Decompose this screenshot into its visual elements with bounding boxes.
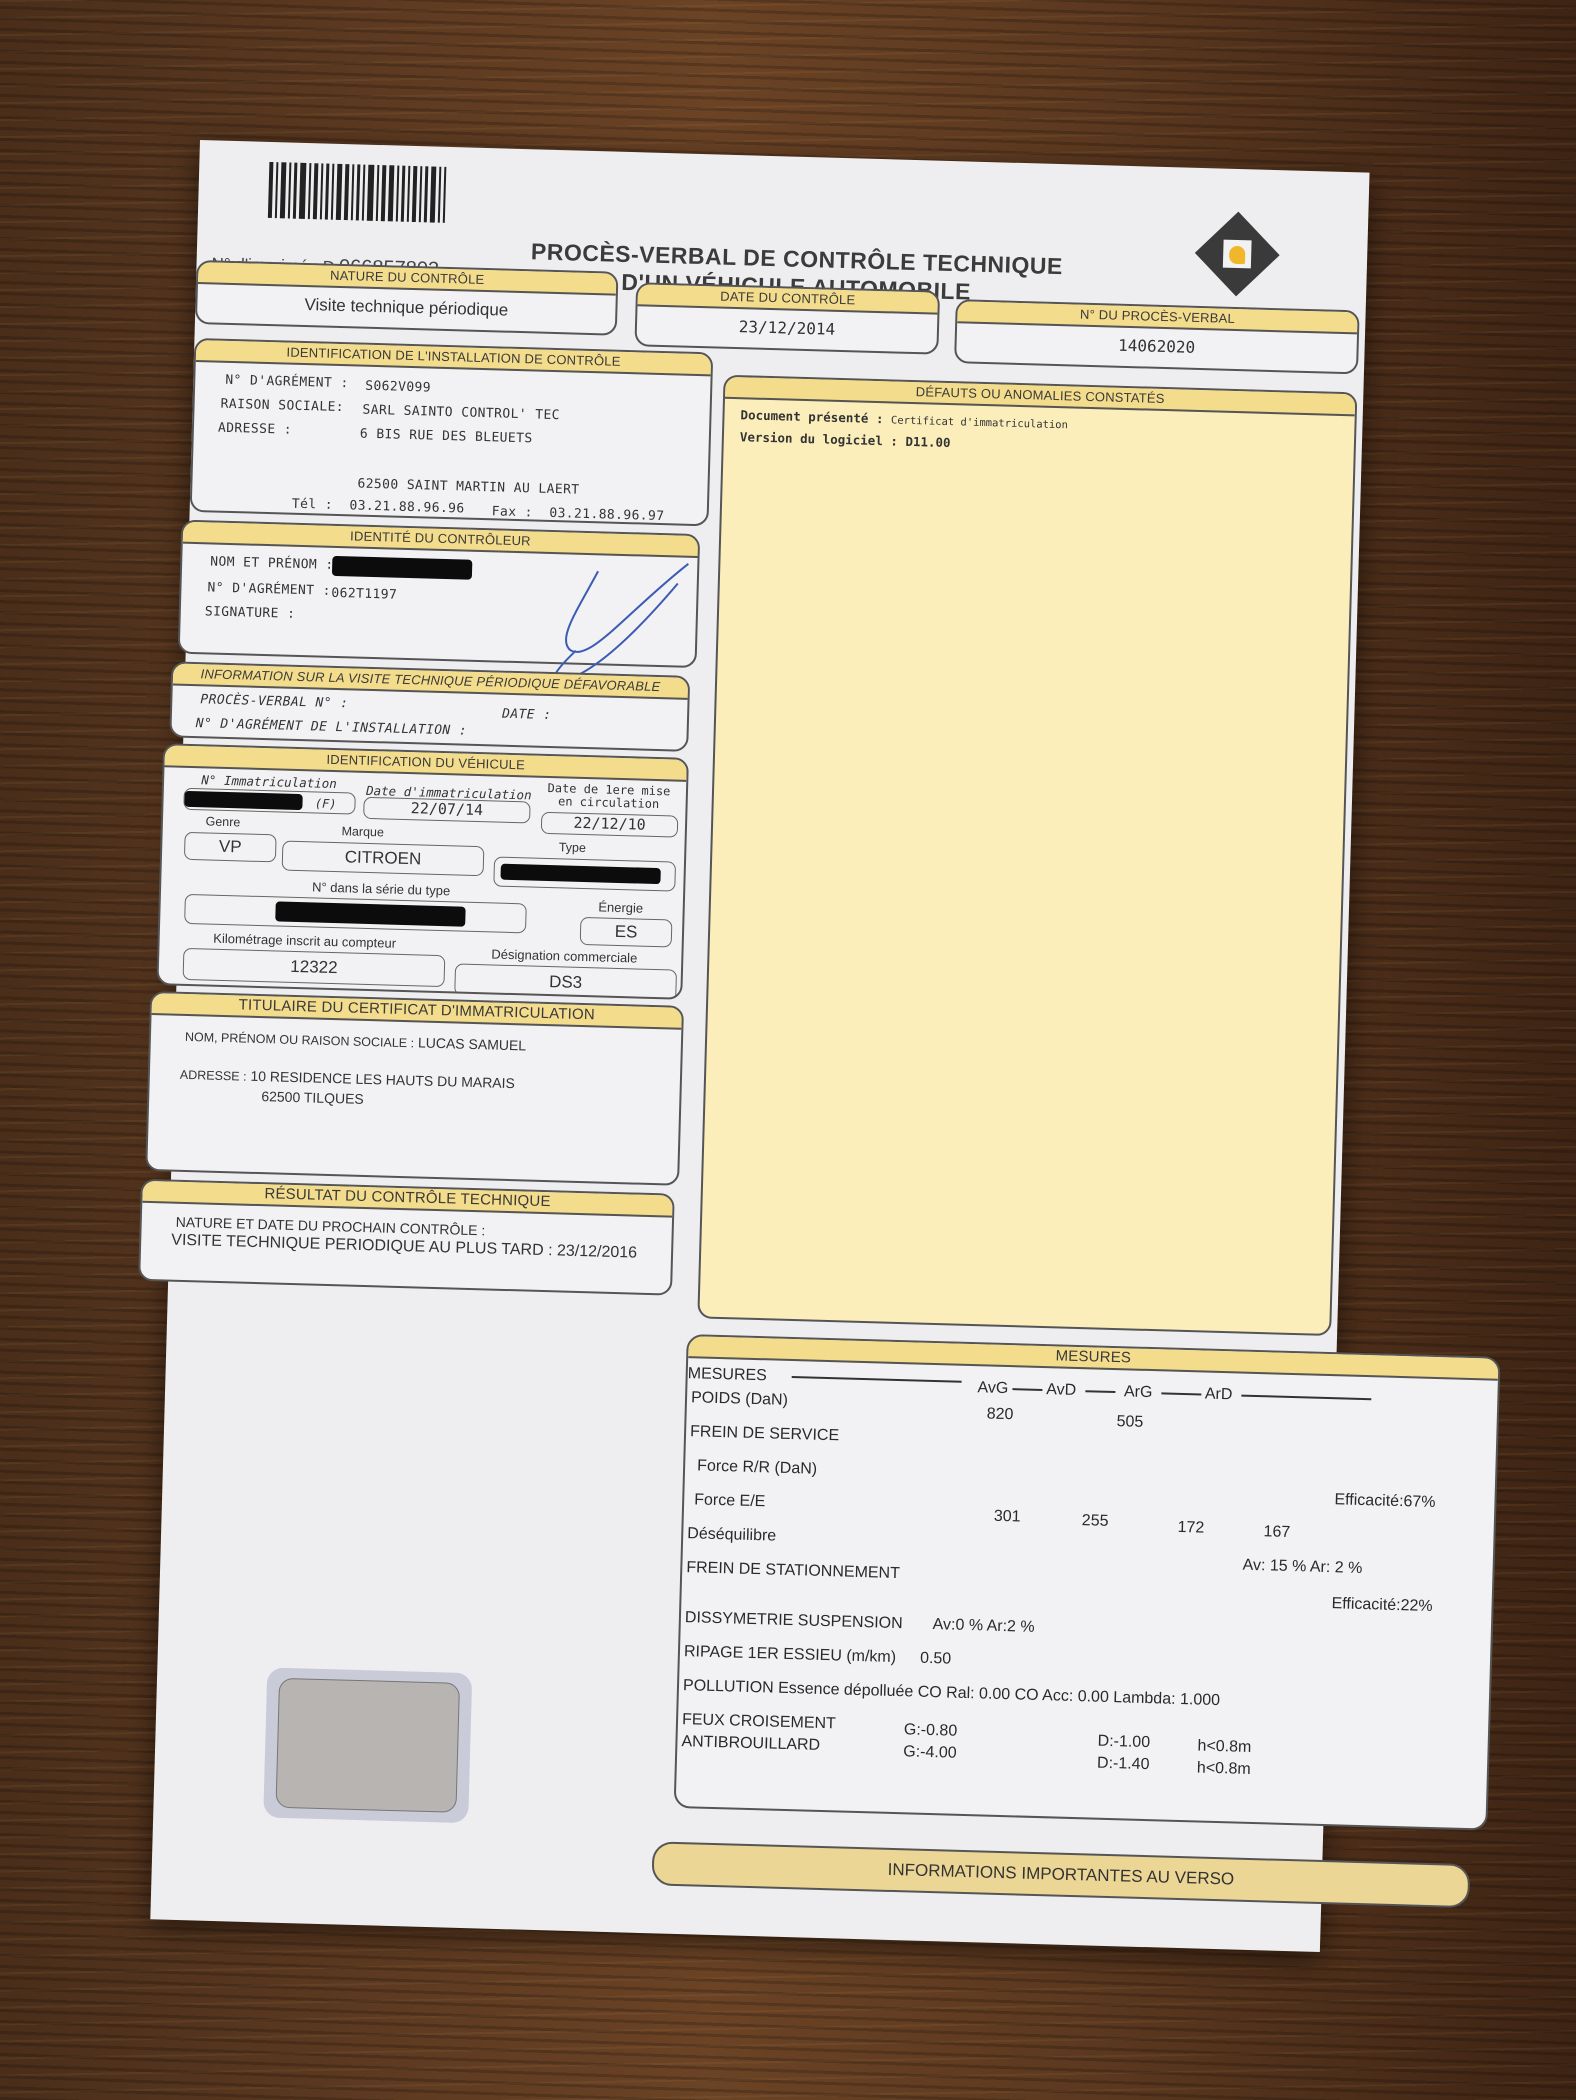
efficacite-stationnement: Efficacité:22% bbox=[1331, 1594, 1433, 1617]
force-ee-label: Force E/E bbox=[694, 1490, 766, 1512]
defavorable-date-label: DATE : bbox=[502, 707, 552, 723]
fax-value: 03.21.88.96.97 bbox=[549, 506, 665, 524]
poids-avg: 820 bbox=[986, 1404, 1013, 1425]
defauts-box: DÉFAUTS OU ANOMALIES CONSTATÉS Document … bbox=[697, 375, 1357, 1336]
installation-agrement: S062V099 bbox=[365, 379, 431, 396]
dissymetrie-value: Av:0 % Ar:2 % bbox=[932, 1616, 1034, 1636]
genre-label: Genre bbox=[193, 814, 253, 830]
force-ee-arg: 172 bbox=[1177, 1518, 1204, 1539]
inspection-report-sheet: N° d'imprimé : D066857803 PROCÈS-VERBAL … bbox=[150, 140, 1369, 1952]
ripage-value: 0.50 bbox=[920, 1650, 952, 1668]
immatriculation-suffix: (F) bbox=[315, 796, 355, 811]
type-field bbox=[493, 856, 676, 891]
force-rr-label: Force R/R (DaN) bbox=[697, 1456, 818, 1479]
mesures-box: MESURES MESURES AvG AvD ArG ArD POIDS (D… bbox=[674, 1334, 1501, 1831]
pollution-line: POLLUTION Essence dépolluée CO Ral: 0.00… bbox=[683, 1676, 1221, 1711]
installation-box: IDENTIFICATION DE L'INSTALLATION DE CONT… bbox=[190, 338, 714, 526]
pv-number-box: N° DU PROCÈS-VERBAL 14062020 bbox=[954, 299, 1360, 374]
serie-label: N° dans la série du type bbox=[281, 879, 481, 900]
defavorable-box: INFORMATION SUR LA VISITE TECHNIQUE PÉRI… bbox=[169, 661, 690, 751]
type-label: Type bbox=[532, 840, 612, 856]
desequilibre-value: Av: 15 % Ar: 2 % bbox=[1242, 1556, 1362, 1579]
dissymetrie-label: DISSYMETRIE SUSPENSION bbox=[685, 1609, 903, 1632]
designation-label: Désignation commerciale bbox=[459, 946, 669, 967]
antibrouillard-label: ANTIBROUILLARD bbox=[681, 1732, 820, 1756]
barcode bbox=[268, 162, 549, 226]
col-avd: AvD bbox=[1046, 1381, 1076, 1399]
desequilibre-label: Déséquilibre bbox=[687, 1524, 776, 1546]
col-avg: AvG bbox=[977, 1379, 1008, 1397]
defauts-document-label: Document présenté : bbox=[740, 407, 883, 426]
controleur-nom-label: NOM ET PRÉNOM : bbox=[210, 554, 334, 572]
vehicule-box: IDENTIFICATION DU VÉHICULE N° Immatricul… bbox=[156, 743, 689, 1000]
defavorable-pv-label: PROCÈS-VERBAL N° : bbox=[200, 692, 348, 711]
defauts-version-label: Version du logiciel : bbox=[740, 429, 898, 448]
col-arg: ArG bbox=[1124, 1383, 1153, 1401]
titulaire-nom: LUCAS SAMUEL bbox=[418, 1034, 527, 1053]
ripage-label: RIPAGE 1ER ESSIEU (m/km) bbox=[684, 1643, 897, 1666]
tel-label: Tél : bbox=[292, 497, 334, 513]
installation-raison-label: RAISON SOCIALE: bbox=[220, 397, 344, 415]
date-circ-label-2: en circulation bbox=[538, 795, 678, 812]
mesures-row-label: MESURES bbox=[688, 1365, 768, 1384]
frein-service-label: FREIN DE SERVICE bbox=[690, 1422, 840, 1446]
titulaire-box: TITULAIRE DU CERTIFICAT D'IMMATRICULATIO… bbox=[145, 991, 684, 1186]
force-ee-avg: 301 bbox=[994, 1507, 1021, 1528]
col-ard: ArD bbox=[1205, 1386, 1233, 1404]
installation-agrement-label: N° D'AGRÉMENT : bbox=[225, 373, 349, 391]
energie-label: Énergie bbox=[581, 899, 661, 916]
redacted-controller-name bbox=[332, 556, 473, 580]
resultat-header: RÉSULTAT DU CONTRÔLE TECHNIQUE bbox=[142, 1181, 672, 1218]
immatriculation-field: (F) bbox=[183, 788, 356, 815]
controleur-agrement-label: N° D'AGRÉMENT : bbox=[207, 580, 331, 598]
network-logo-diamond-icon bbox=[1195, 212, 1280, 297]
marque-label: Marque bbox=[313, 823, 413, 840]
designation-value: DS3 bbox=[454, 963, 677, 999]
redacted-serie bbox=[275, 901, 465, 926]
titulaire-adresse-line2: 62500 TILQUES bbox=[261, 1088, 364, 1107]
installation-adresse-label: ADRESSE : bbox=[218, 421, 292, 438]
titulaire-nom-label: NOM, PRÉNOM OU RAISON SOCIALE : bbox=[185, 1030, 415, 1050]
feux-h: h<0.8m bbox=[1197, 1736, 1251, 1757]
force-ee-avd: 255 bbox=[1082, 1511, 1109, 1532]
installation-raison: SARL SAINTO CONTROL' TEC bbox=[362, 403, 560, 424]
feux-g: G:-0.80 bbox=[904, 1720, 958, 1741]
poids-arg: 505 bbox=[1116, 1412, 1143, 1433]
defauts-version-value: D11.00 bbox=[905, 434, 951, 450]
nature-box: NATURE DU CONTRÔLE Visite technique péri… bbox=[195, 260, 619, 336]
feux-d: D:-1.00 bbox=[1097, 1732, 1150, 1753]
tel-value: 03.21.88.96.96 bbox=[349, 498, 465, 516]
titulaire-adresse-line1: 10 RESIDENCE LES HAUTS DU MARAIS bbox=[250, 1068, 515, 1091]
translucent-window-panel bbox=[263, 1667, 472, 1823]
fax-label: Fax : bbox=[492, 504, 534, 520]
installation-adresse-line2: 62500 SAINT MARTIN AU LAERT bbox=[357, 477, 579, 498]
poids-label: POIDS (DaN) bbox=[691, 1388, 788, 1411]
redacted-plate bbox=[184, 791, 302, 810]
force-ee-ard: 167 bbox=[1263, 1522, 1290, 1543]
marque-value: CITROEN bbox=[282, 841, 485, 877]
resultat-line2: VISITE TECHNIQUE PERIODIQUE AU PLUS TARD… bbox=[171, 1232, 637, 1263]
installation-header: IDENTIFICATION DE L'INSTALLATION DE CONT… bbox=[196, 340, 711, 376]
date-immat-value: 22/07/14 bbox=[363, 797, 531, 824]
date-circ-value: 22/12/10 bbox=[541, 812, 679, 838]
km-value: 12322 bbox=[183, 948, 446, 987]
installation-adresse-line1: 6 BIS RUE DES BLEUETS bbox=[360, 427, 533, 447]
titulaire-header: TITULAIRE DU CERTIFICAT D'IMMATRICULATIO… bbox=[152, 993, 682, 1030]
energie-value: ES bbox=[580, 917, 673, 948]
defavorable-agrement-label: N° D'AGRÉMENT DE L'INSTALLATION : bbox=[195, 716, 467, 739]
serie-field bbox=[184, 894, 527, 934]
resultat-box: RÉSULTAT DU CONTRÔLE TECHNIQUE NATURE ET… bbox=[138, 1179, 675, 1296]
controleur-signature-label: SIGNATURE : bbox=[205, 604, 296, 622]
antibrouillard-h: h<0.8m bbox=[1197, 1758, 1251, 1779]
defauts-document-value: Certificat d'immatriculation bbox=[891, 414, 1068, 431]
antibrouillard-d: D:-1.40 bbox=[1097, 1754, 1150, 1775]
efficacite-service: Efficacité:67% bbox=[1334, 1490, 1436, 1513]
feux-label: FEUX CROISEMENT bbox=[682, 1710, 836, 1734]
frein-stationnement-label: FREIN DE STATIONNEMENT bbox=[686, 1558, 900, 1584]
controleur-agrement: 062T1197 bbox=[331, 586, 397, 603]
date-box: DATE DU CONTRÔLE 23/12/2014 bbox=[634, 282, 940, 354]
titulaire-adresse-label: ADRESSE : bbox=[180, 1068, 247, 1084]
antibrouillard-g: G:-4.00 bbox=[903, 1742, 957, 1763]
verso-banner: INFORMATIONS IMPORTANTES AU VERSO bbox=[651, 1841, 1470, 1908]
genre-value: VP bbox=[184, 832, 277, 863]
redacted-type bbox=[500, 864, 660, 884]
